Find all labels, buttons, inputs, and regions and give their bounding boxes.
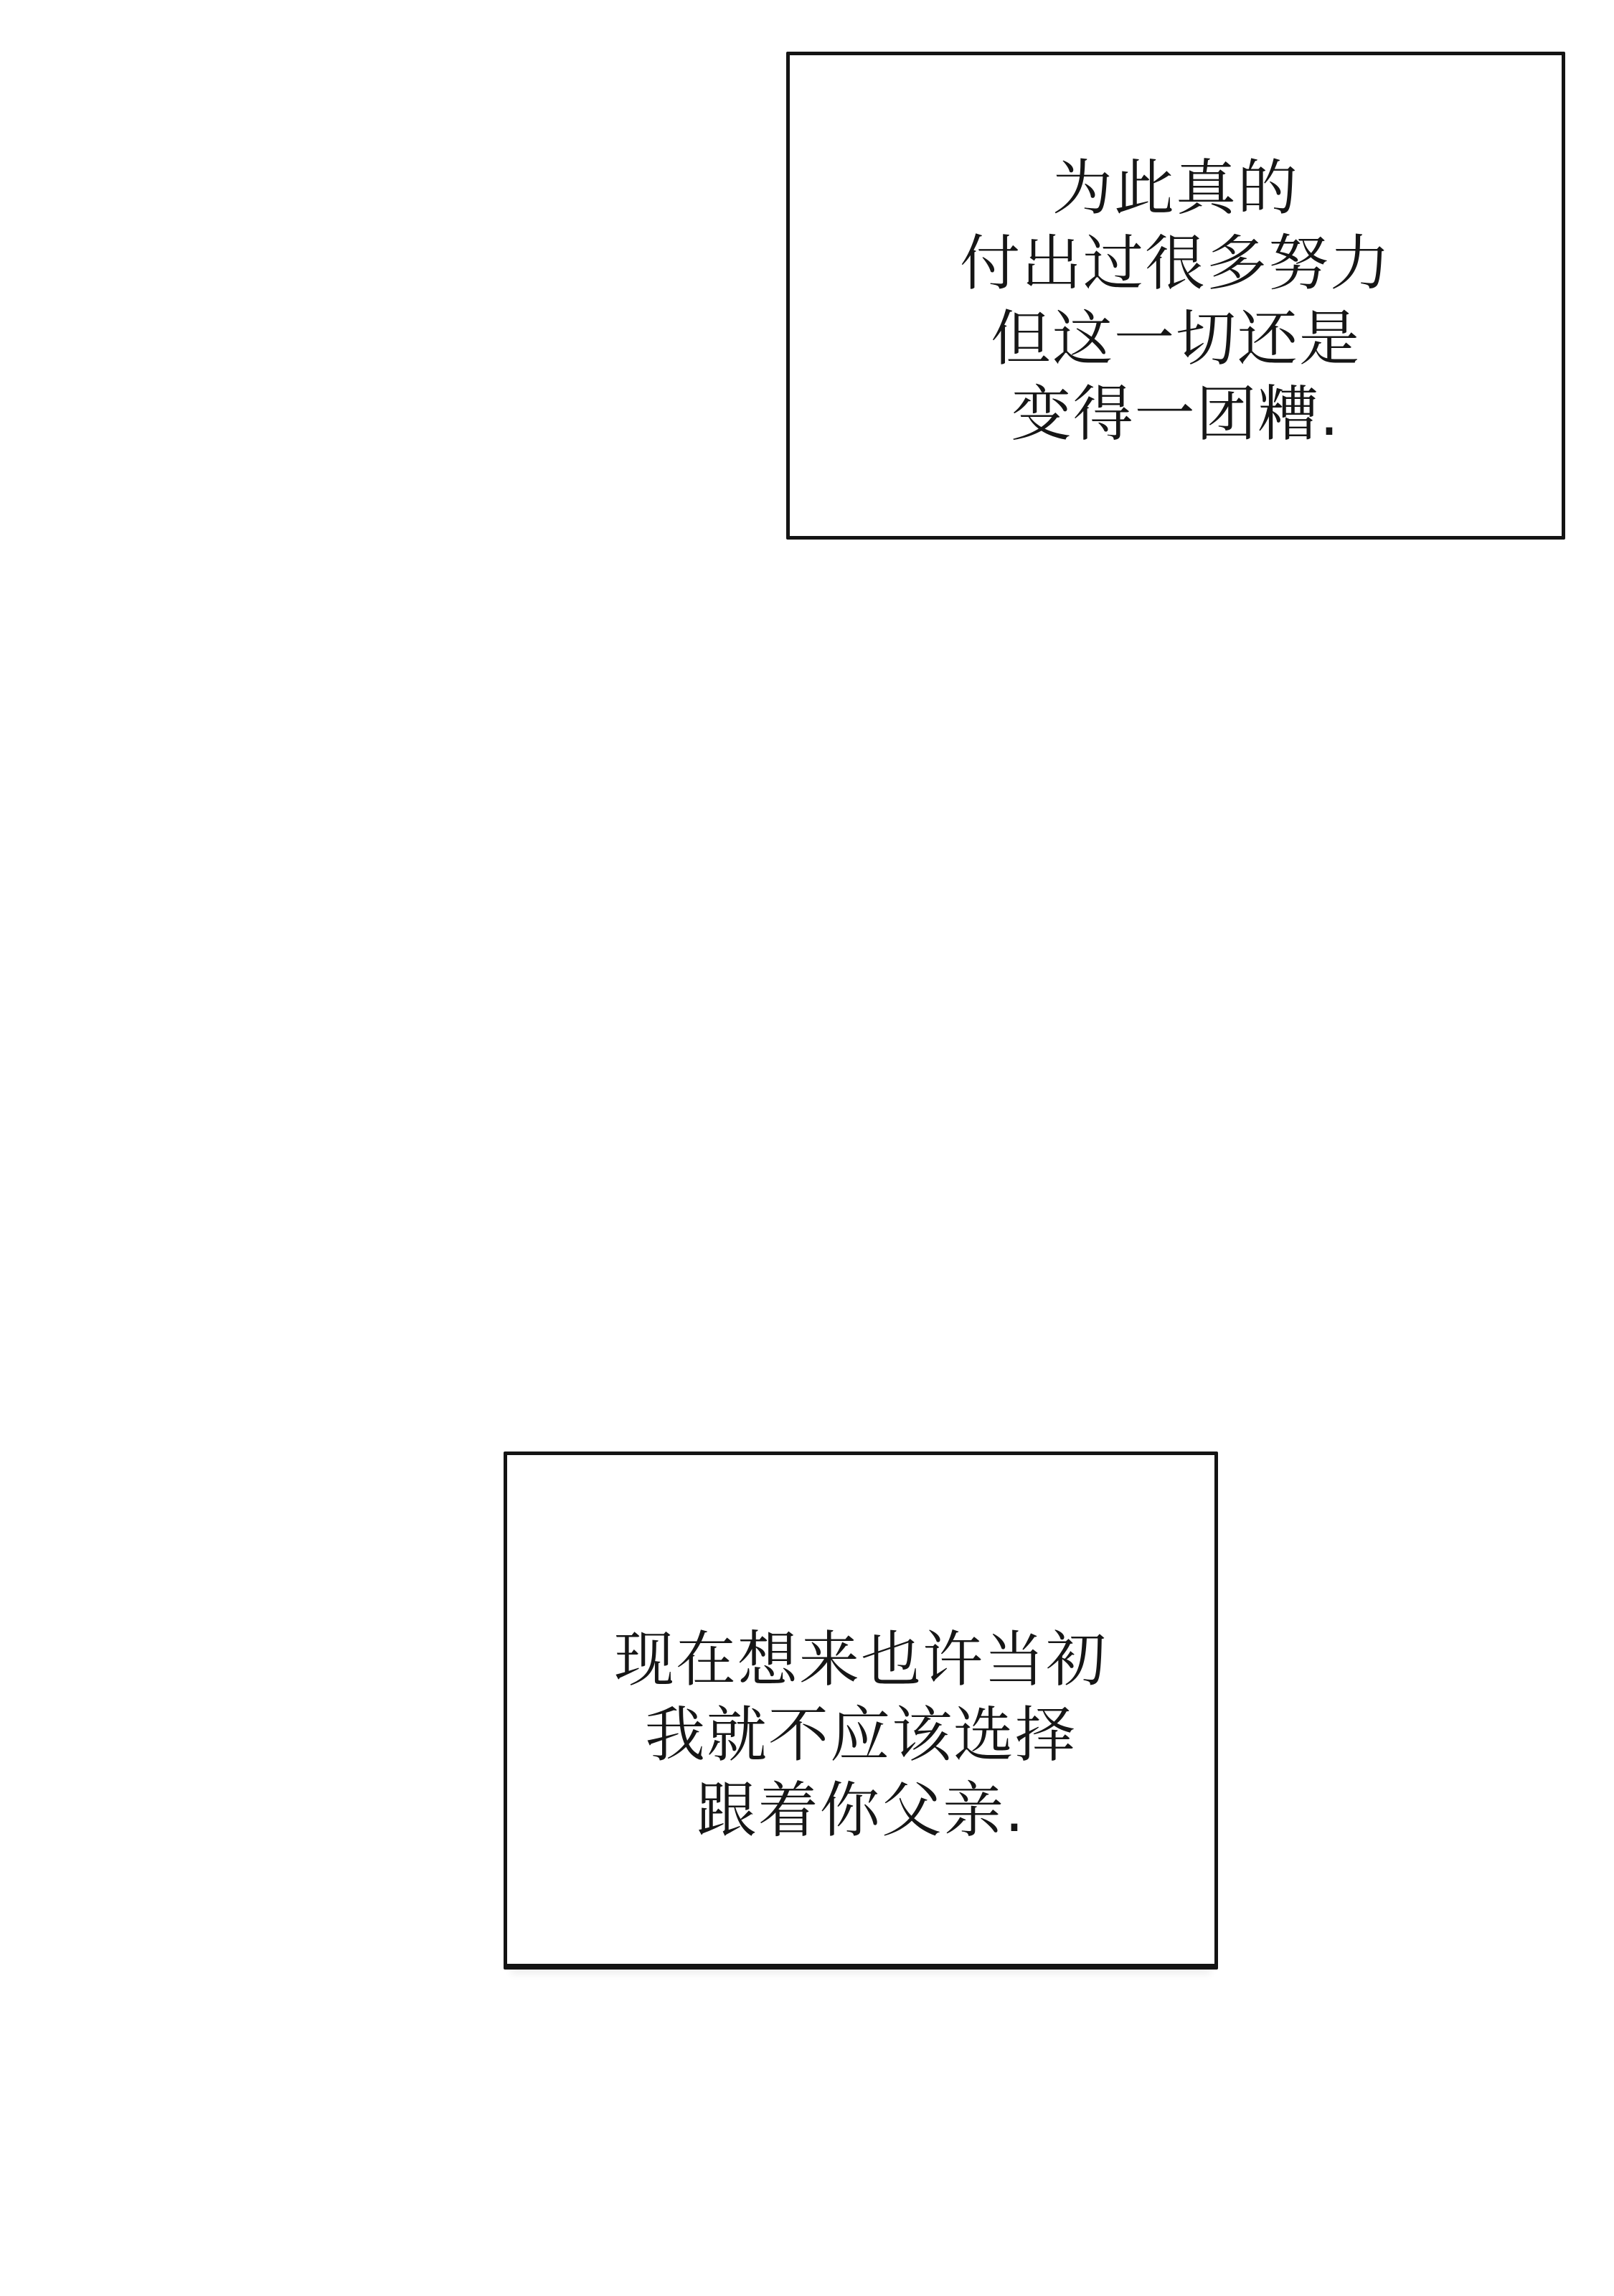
caption-box-bottom: 现在想来也许当初 我就不应该选择 跟着你父亲. <box>504 1452 1218 1970</box>
caption-box-top: 为此真的 付出过很多努力 但这一切还是 变得一团糟. <box>786 52 1565 540</box>
caption-line: 我就不应该选择 <box>507 1698 1214 1773</box>
caption-text-top: 为此真的 付出过很多努力 但这一切还是 变得一团糟. <box>790 151 1562 452</box>
caption-line: 变得一团糟. <box>790 377 1562 452</box>
caption-text-bottom: 现在想来也许当初 我就不应该选择 跟着你父亲. <box>507 1622 1214 1848</box>
caption-line: 但这一切还是 <box>790 301 1562 377</box>
caption-line: 跟着你父亲. <box>507 1773 1214 1848</box>
comic-page-canvas: 为此真的 付出过很多努力 但这一切还是 变得一团糟. 现在想来也许当初 我就不应… <box>0 0 1614 2296</box>
caption-line: 现在想来也许当初 <box>507 1622 1214 1698</box>
caption-line: 为此真的 <box>790 151 1562 226</box>
caption-line: 付出过很多努力 <box>790 226 1562 301</box>
